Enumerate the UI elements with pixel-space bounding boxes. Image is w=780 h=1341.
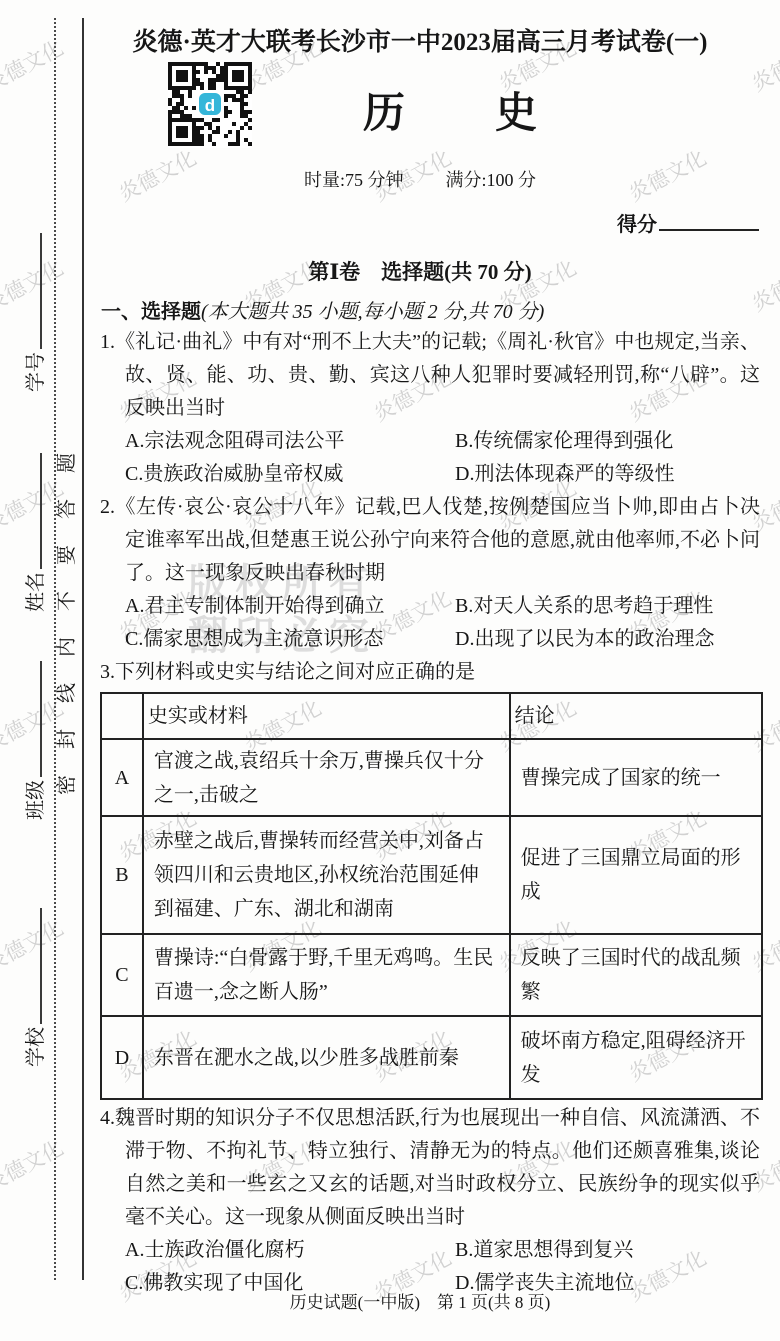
question-1-text: 1.《礼记·曲礼》中有对“刑不上大夫”的记载;《周礼·秋官》中也规定,当亲、故、…: [100, 326, 760, 425]
question-1-options-row2: C.贵族政治威胁皇帝权威 D.刑法体现森严的等级性: [100, 458, 760, 491]
table-row: D 东晋在淝水之战,以少胜多战胜前秦 破坏南方稳定,阻碍经济开发: [101, 1016, 762, 1099]
question-2-number: 2.: [100, 496, 115, 518]
field-school-blank: [23, 908, 42, 1024]
subject-title: 历史: [363, 80, 627, 140]
brand-watermark: 炎德文化: [0, 32, 68, 98]
table-row-c-material: 曹操诗:“白骨露于野,千里无鸡鸣。生民百遗一,念之断人肠”: [143, 934, 510, 1016]
table-row-a-conclusion: 曹操完成了国家的统一: [510, 739, 762, 816]
svg-text:d: d: [205, 96, 215, 115]
field-name-label: 姓名: [25, 572, 47, 612]
table-row-b-key: B: [101, 816, 143, 934]
field-student-id-blank: [23, 233, 42, 349]
question-4-number: 4.: [100, 1107, 115, 1129]
table-row-d-key: D: [101, 1016, 143, 1099]
table-row: C 曹操诗:“白骨露于野,千里无鸡鸣。生民百遗一,念之断人肠” 反映了三国时代的…: [101, 934, 762, 1016]
full-score-label: 满分:100 分: [446, 170, 537, 190]
qr-code: d: [168, 62, 252, 148]
field-name: 姓名: [23, 442, 49, 612]
brand-watermark: 炎德文化: [0, 1132, 68, 1198]
question-2-option-b: B.对天人关系的思考趋于理性: [455, 590, 760, 623]
table-row-c-conclusion: 反映了三国时代的战乱频繁: [510, 934, 762, 1016]
table-row-a-key: A: [101, 739, 143, 816]
multiple-choice-header-bold: 一、选择题: [101, 301, 201, 323]
table-row: B 赤壁之战后,曹操转而经营关中,刘备占领四川和云贵地区,孙权统治范围延伸到福建…: [101, 816, 762, 934]
question-3-text: 3.下列材料或史实与结论之间对应正确的是: [100, 656, 760, 689]
field-class-label: 班级: [25, 780, 47, 820]
field-school-label: 学校: [25, 1027, 47, 1067]
question-2-option-d: D.出现了以民为本的政治理念: [455, 623, 760, 656]
question-4-option-a: A.士族政治僵化腐朽: [125, 1234, 455, 1267]
score-field: 得分: [617, 208, 759, 237]
score-blank-line: [659, 210, 759, 231]
table-header-conclusion: 结论: [510, 693, 762, 739]
question-3-number: 3.: [100, 661, 115, 683]
question-1-options-row1: A.宗法观念阻碍司法公平 B.传统儒家伦理得到强化: [100, 425, 760, 458]
table-corner-cell: [101, 693, 143, 739]
question-1-number: 1.: [100, 331, 115, 353]
table-row-d-conclusion: 破坏南方稳定,阻碍经济开发: [510, 1016, 762, 1099]
exam-page: 炎德文化炎德文化炎德文化炎德文化炎德文化炎德文化炎德文化炎德文化炎德文化炎德文化…: [0, 0, 780, 1341]
field-school: 学校: [23, 897, 49, 1067]
seal-line-text: 密封线内不要答题: [54, 453, 80, 795]
table-header-row: 史实或材料 结论: [101, 693, 762, 739]
table-row-b-material: 赤壁之战后,曹操转而经营关中,刘备占领四川和云贵地区,孙权统治范围延伸到福建、广…: [143, 816, 510, 934]
question-4-option-b: B.道家思想得到复兴: [455, 1234, 760, 1267]
question-1-option-d: D.刑法体现森严的等级性: [455, 458, 760, 491]
brand-watermark: 炎德文化: [746, 32, 780, 98]
question-2-option-a: A.君主专制体制开始得到确立: [125, 590, 455, 623]
field-student-id: 学号: [23, 222, 49, 392]
question-4-options-row1: A.士族政治僵化腐朽 B.道家思想得到复兴: [100, 1234, 760, 1267]
table-row-a-material: 官渡之战,袁绍兵十余万,曹操兵仅十分之一,击破之: [143, 739, 510, 816]
score-label: 得分: [617, 214, 657, 236]
seal-solid-line: [82, 18, 84, 1280]
field-student-id-label: 学号: [25, 352, 47, 392]
table-row: A 官渡之战,袁绍兵十余万,曹操兵仅十分之一,击破之 曹操完成了国家的统一: [101, 739, 762, 816]
question-2-options-row2: C.儒家思想成为主流意识形态 D.出现了以民为本的政治理念: [100, 623, 760, 656]
multiple-choice-header: 一、选择题(本大题共 35 小题,每小题 2 分,共 70 分): [101, 295, 761, 324]
question-1-option-c: C.贵族政治威胁皇帝权威: [125, 458, 455, 491]
question-2-option-c: C.儒家思想成为主流意识形态: [125, 623, 455, 656]
field-class: 班级: [23, 650, 49, 820]
table-row-b-conclusion: 促进了三国鼎立局面的形成: [510, 816, 762, 934]
table-header-material: 史实或材料: [143, 693, 510, 739]
question-3-table: 史实或材料 结论 A 官渡之战,袁绍兵十余万,曹操兵仅十分之一,击破之 曹操完成…: [100, 692, 763, 1100]
question-2-text: 2.《左传·哀公·哀公十八年》记载,巴人伐楚,按例楚国应当卜帅,即由占卜决定谁率…: [100, 491, 760, 590]
question-1-option-a: A.宗法观念阻碍司法公平: [125, 425, 455, 458]
exam-title: 炎德·英才大联考长沙市一中2023届高三月考试卷(一): [96, 22, 744, 58]
exam-meta: 时量:75 分钟满分:100 分: [96, 166, 744, 192]
field-class-blank: [23, 661, 42, 777]
table-row-c-key: C: [101, 934, 143, 1016]
table-row-d-material: 东晋在淝水之战,以少胜多战胜前秦: [143, 1016, 510, 1099]
duration-label: 时量:75 分钟: [304, 170, 404, 190]
multiple-choice-header-rest: (本大题共 35 小题,每小题 2 分,共 70 分): [201, 301, 544, 323]
field-name-blank: [23, 453, 42, 569]
questions-area: 1.《礼记·曲礼》中有对“刑不上大夫”的记载;《周礼·秋官》中也规定,当亲、故、…: [100, 326, 760, 1300]
question-4-text: 4.魏晋时期的知识分子不仅思想活跃,行为也展现出一种自信、风流潇洒、不滞于物、不…: [100, 1102, 760, 1234]
section-title: 第Ⅰ卷 选择题(共 70 分): [96, 256, 744, 286]
page-footer: 历史试题(一中版) 第 1 页(共 8 页): [96, 1288, 744, 1313]
question-1-option-b: B.传统儒家伦理得到强化: [455, 425, 760, 458]
question-2-options-row1: A.君主专制体制开始得到确立 B.对天人关系的思考趋于理性: [100, 590, 760, 623]
